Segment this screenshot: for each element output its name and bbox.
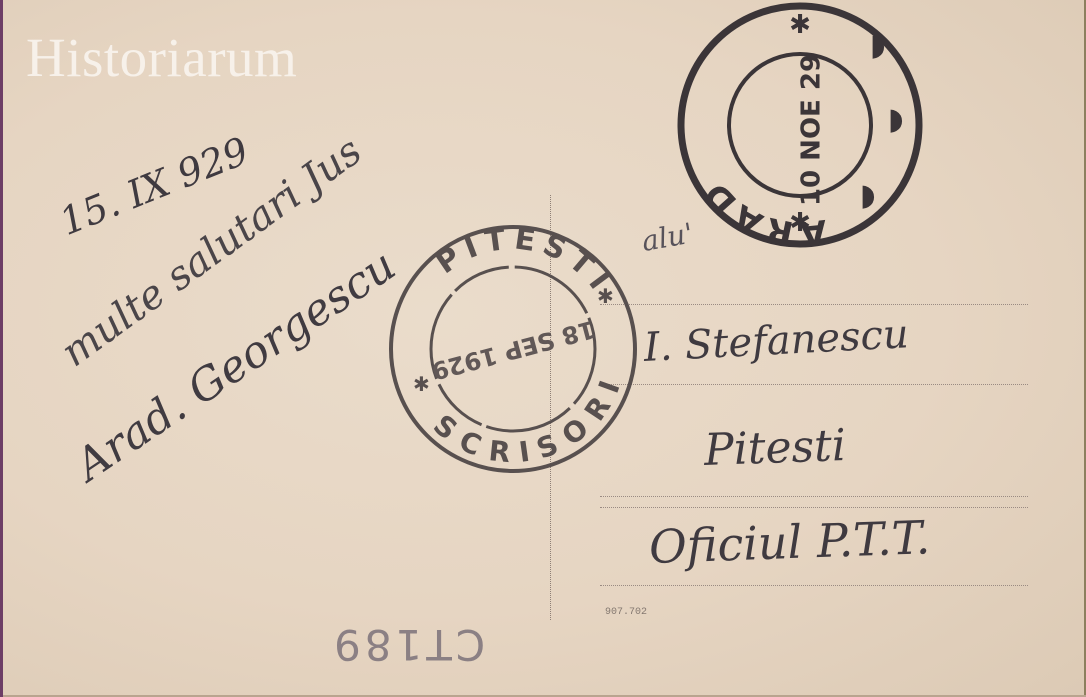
star-icon: ✱ — [789, 10, 811, 40]
recipient-city: Pitesti — [703, 420, 846, 476]
handwritten-sender: Arad. Georgescu — [66, 240, 404, 491]
star-icon: ✱ — [597, 284, 614, 308]
ring-mark-icon: ◗ — [888, 102, 904, 137]
address-line — [600, 496, 1028, 497]
address-line — [600, 384, 1028, 385]
recipient-institution: Oficiul P.T.T. — [648, 510, 931, 574]
inventory-mark: CT189 — [330, 620, 485, 669]
arad-date: 10 NOE 29 — [797, 54, 827, 206]
recipient-name: I. Stefanescu — [643, 311, 910, 371]
ring-mark-icon: ◗ — [860, 178, 876, 213]
arad-postmark: ARAD 10 NOE 29 ✱ ✱ ◗ ◗ ◗ — [678, 3, 922, 247]
pitesti-date: 18 SEP 1929 — [428, 315, 598, 386]
address-line — [600, 585, 1028, 586]
ring-mark-icon: ◗ — [870, 28, 886, 63]
star-icon: ✱ — [413, 372, 430, 396]
watermark-logo: Historiarum — [26, 30, 297, 85]
pitesti-postmark: PITESTI SCRISORI 18 SEP 1929 ✱ ✱ — [388, 224, 638, 474]
star-icon: ✱ — [789, 208, 811, 238]
address-line — [600, 507, 1028, 508]
postcard-back: Historiarum 15. IX 929 multe salutari Ju… — [0, 0, 1086, 697]
printed-code: 907.702 — [605, 607, 647, 618]
address-line — [600, 304, 1028, 305]
